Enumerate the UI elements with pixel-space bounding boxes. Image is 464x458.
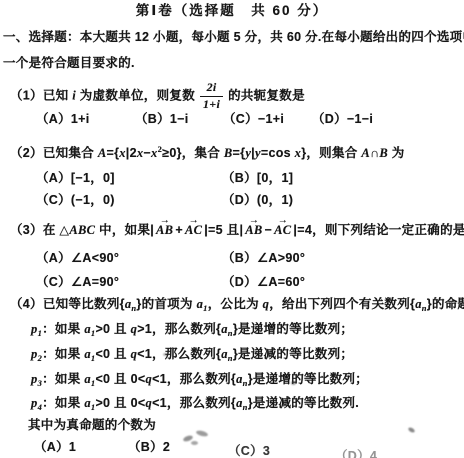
question-2-option-c: （C）(−1，0) xyxy=(36,193,222,209)
question-3-option-d: （D）∠A=60° xyxy=(222,275,305,291)
question-2-option-a: （A）[−1，0] xyxy=(36,171,222,187)
question-3-stem: （3）在 △ABC 中，如果|AB+AC|=5 且|AB−AC|=4，则下列结论… xyxy=(10,223,464,239)
scan-smudge xyxy=(291,381,296,385)
question-4-proposition-3: p3：如果 a1<0 且 0<q<1，那么数列{an}是递增的等比数列； xyxy=(31,372,368,389)
question-1-option-a: （A）1+i xyxy=(36,112,135,128)
question-4-option-c: （C）3 xyxy=(228,444,335,458)
question-1-option-c: （C）−1+i xyxy=(223,112,312,128)
question-1-option-b: （B）1−i xyxy=(135,112,223,128)
question-4-option-a: （A）1 xyxy=(34,440,128,456)
question-2-option-b: （B）[0，1] xyxy=(222,171,293,187)
question-1-stem: （1）已知 i 为虚数单位，则复数2i1+i的共轭复数是 xyxy=(10,81,305,112)
question-3-options-row2: （C）∠A=90° （D）∠A=60° xyxy=(36,275,305,291)
question-3-options-row1: （A）∠A<90° （B）∠A>90° xyxy=(36,251,305,267)
question-4-options: （A）1 （B）2 （C）3 （D）4 xyxy=(34,440,377,456)
question-4-option-b: （B）2 xyxy=(128,440,228,456)
scan-smudge xyxy=(196,430,209,438)
question-1-options: （A）1+i （B）1−i （C）−1+i （D）−1−i xyxy=(36,112,373,128)
scan-smudge xyxy=(191,441,198,445)
question-2-stem: （2）已知集合 A={x|2x−x2≥0}，集合 B={y|y=cos x}，则… xyxy=(10,144,405,162)
exam-paper-page: 第Ⅰ卷（选择题 共 60 分） 一、选择题：本大题共 12 小题，每小题 5 分… xyxy=(0,0,464,458)
question-4-stem: （4）已知等比数列{an}的首项为 a1，公比为 q，给出下列四个有关数列{an… xyxy=(10,297,464,314)
question-2-options-row1: （A）[−1，0] （B）[0，1] xyxy=(36,171,293,187)
question-4-proposition-2: p2：如果 a1<0 且 q<1，那么数列{an}是递减的等比数列； xyxy=(31,347,353,364)
scan-smudge xyxy=(163,353,168,356)
question-4-conclusion: 其中为真命题的个数为 xyxy=(28,418,156,434)
question-3-option-a: （A）∠A<90° xyxy=(36,251,222,267)
question-1-option-d: （D）−1−i xyxy=(312,112,373,128)
section-intro-line1: 一、选择题：本大题共 12 小题，每小题 5 分，共 60 分.在每小题给出的四… xyxy=(3,30,464,46)
question-3-option-b: （B）∠A>90° xyxy=(222,251,305,267)
scan-smudge xyxy=(407,427,415,434)
page-title: 第Ⅰ卷（选择题 共 60 分） xyxy=(0,3,464,20)
question-2-option-d: （D）(0，1) xyxy=(222,193,293,209)
question-4-proposition-4: p4：如果 a1>0 且 0<q<1，那么数列{an}是递减的等比数列. xyxy=(31,396,359,413)
question-3-option-c: （C）∠A=90° xyxy=(36,275,222,291)
section-intro-line2: 一个是符合题目要求的. xyxy=(3,56,135,72)
question-4-proposition-1: p1：如果 a1>0 且 q>1，那么数列{an}是递增的等比数列； xyxy=(31,322,353,339)
question-2-options-row2: （C）(−1，0) （D）(0，1) xyxy=(36,193,293,209)
question-4-option-d: （D）4 xyxy=(335,449,377,458)
